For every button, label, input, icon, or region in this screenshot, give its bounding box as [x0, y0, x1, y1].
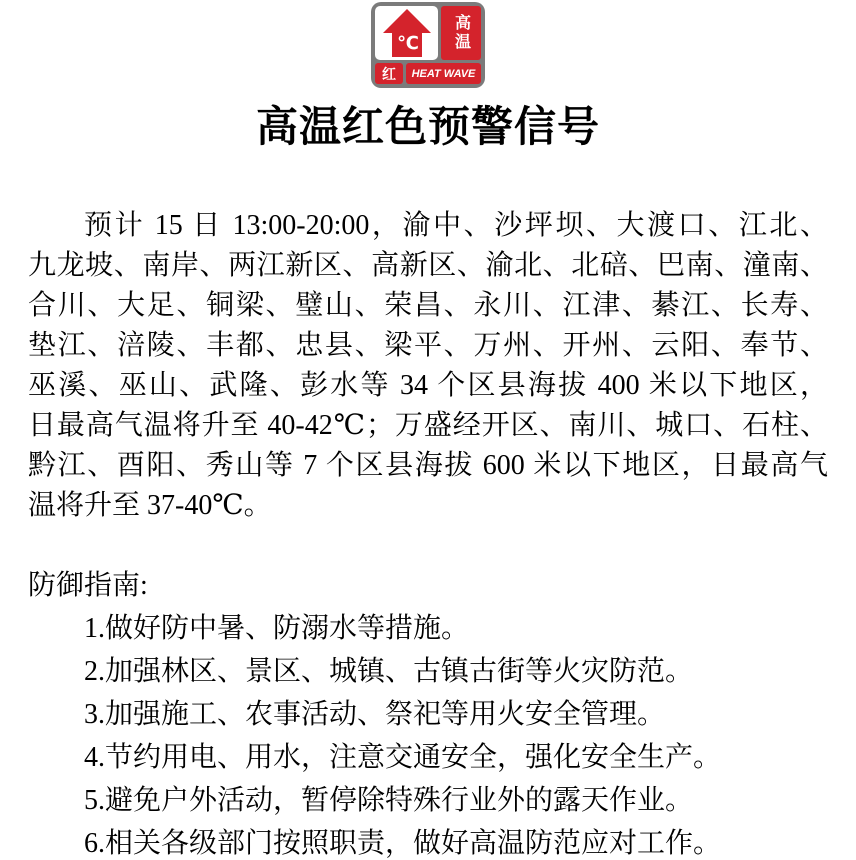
forecast-line: 温将升至 37-40℃。	[28, 486, 828, 526]
red-level-badge: 红	[375, 63, 403, 84]
forecast-line: 垫江、涪陵、丰都、忠县、梁平、万州、开州、云阳、奉节、	[28, 326, 828, 366]
heat-wave-red-warning-icon: ℃ 高温 红 HEAT WAVE	[371, 2, 485, 88]
forecast-line: 黔江、酉阳、秀山等 7 个区县海拔 600 米以下地区，日最高气	[28, 446, 828, 486]
guide-item: 6.相关各级部门按照职责，做好高温防范应对工作。	[28, 822, 828, 860]
warning-notice-page: ℃ 高温 红 HEAT WAVE 高温红色预警信号 预计 15 日 13:00-…	[0, 0, 856, 860]
forecast-line: 合川、大足、铜梁、璧山、荣昌、永川、江津、綦江、长寿、	[28, 286, 828, 326]
forecast-line: 九龙坡、南岸、两江新区、高新区、渝北、北碚、巴南、潼南、	[28, 246, 828, 286]
guide-item: 2.加强林区、景区、城镇、古镇古街等火灾防范。	[28, 650, 828, 693]
defense-guide-heading: 防御指南:	[28, 564, 828, 607]
forecast-line: 巫溪、巫山、武隆、彭水等 34 个区县海拔 400 米以下地区，	[28, 366, 828, 406]
icon-row: ℃ 高温 红 HEAT WAVE	[28, 2, 828, 88]
gaowen-vertical-label: 高温	[441, 6, 481, 60]
guide-item: 1.做好防中暑、防溺水等措施。	[28, 607, 828, 650]
guide-item: 5.避免户外活动，暂停除特殊行业外的露天作业。	[28, 779, 828, 822]
forecast-line: 预计 15 日 13:00-20:00，渝中、沙坪坝、大渡口、江北、	[28, 206, 828, 246]
celsius-symbol: ℃	[397, 33, 419, 53]
guide-item: 3.加强施工、农事活动、祭祀等用火安全管理。	[28, 693, 828, 736]
guide-item: 4.节约用电、用水，注意交通安全，强化安全生产。	[28, 736, 828, 779]
forecast-line: 日最高气温将升至 40-42℃；万盛经开区、南川、城口、石柱、	[28, 406, 828, 446]
house-arrow-icon: ℃	[379, 8, 435, 58]
house-temperature-panel: ℃	[375, 6, 438, 60]
forecast-paragraph: 预计 15 日 13:00-20:00，渝中、沙坪坝、大渡口、江北、 九龙坡、南…	[28, 206, 828, 526]
defense-guide-section: 防御指南: 1.做好防中暑、防溺水等措施。 2.加强林区、景区、城镇、古镇古街等…	[28, 564, 828, 860]
page-title: 高温红色预警信号	[28, 104, 828, 152]
heat-wave-badge: HEAT WAVE	[406, 63, 481, 84]
icon-bottom-row: 红 HEAT WAVE	[375, 63, 481, 84]
icon-top-row: ℃ 高温	[375, 6, 481, 60]
